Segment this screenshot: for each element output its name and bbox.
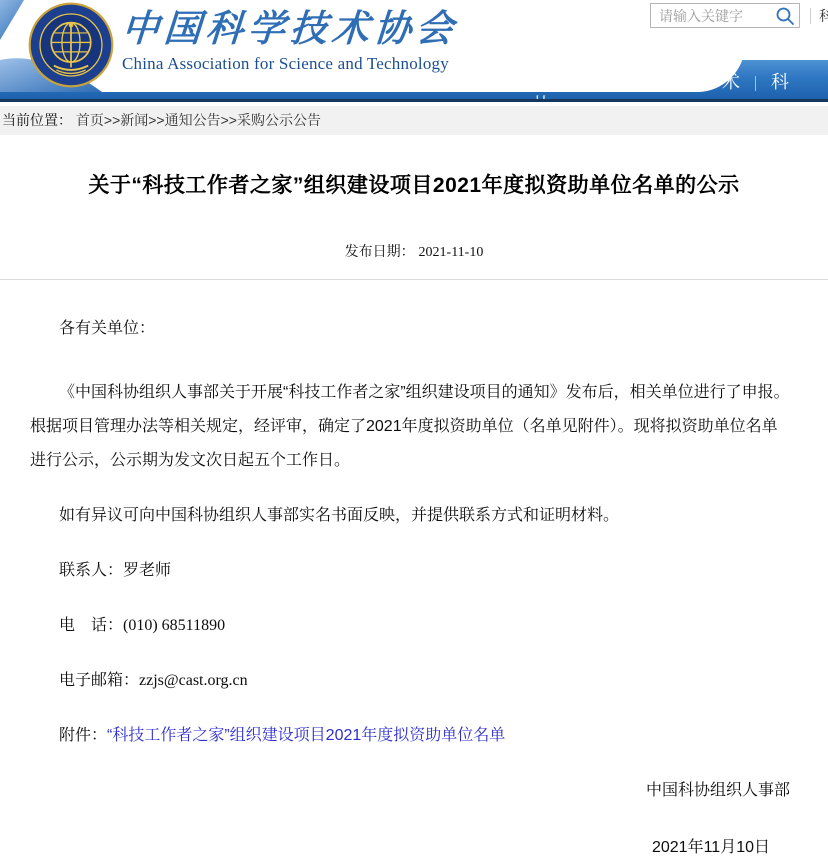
site-title-en: China Association for Science and Techno… [122, 52, 458, 76]
publish-date-label: 发布日期： [345, 243, 415, 259]
breadcrumb: 当前位置： 首页>>新闻>>通知公告>>采购公示公告 [0, 106, 828, 135]
contact-email-row: 电子邮箱：zzjs@cast.org.cn [30, 664, 792, 698]
contact-email-label: 电子邮箱： [59, 672, 139, 689]
topbar-link-partial[interactable]: 科 [819, 6, 828, 26]
search-area: 科 [650, 3, 828, 28]
salutation: 各有关单位： [30, 312, 792, 346]
breadcrumb-path[interactable]: 首页>>新闻>>通知公告>>采购公示公告 [76, 112, 321, 128]
signature-department: 中国科协组织人事部 [0, 774, 828, 808]
contact-email-value: zzjs@cast.org.cn [139, 672, 248, 689]
contact-person-label: 联系人： [59, 562, 123, 579]
search-icon[interactable] [775, 6, 795, 26]
contact-phone-value: (010) 68511890 [123, 617, 225, 634]
contact-phone-label: 电 话： [59, 617, 123, 634]
signature-date: 2021年11月10日 [0, 831, 828, 857]
page-title: 关于“科技工作者之家”组织建设项目2021年度拟资助单位名单的公示 [0, 171, 828, 201]
contact-person-value: 罗老师 [123, 562, 171, 579]
attachment-link[interactable]: “科技工作者之家”组织建设项目2021年度拟资助单位名单 [107, 727, 505, 744]
topbar-separator [810, 8, 811, 24]
signature-block: 中国科协组织人事部 2021年11月10日 [0, 774, 828, 857]
paragraph: 《中国科协组织人事部关于开展“科技工作者之家”组织建设项目的通知》发布后，相关单… [30, 376, 792, 478]
nav-item-sci-partial[interactable]: 科 [771, 60, 789, 94]
nav-separator [755, 76, 756, 91]
cast-emblem-logo[interactable] [28, 2, 114, 88]
contact-phone-row: 电 话：(010) 68511890 [30, 609, 792, 643]
contact-person-row: 联系人：罗老师 [30, 554, 792, 588]
attachment-label: 附件： [59, 727, 107, 744]
site-title-zh: 中国科学技术协会 [120, 6, 459, 52]
article: 关于“科技工作者之家”组织建设项目2021年度拟资助单位名单的公示 发布日期： … [0, 171, 828, 857]
breadcrumb-label: 当前位置： [2, 112, 72, 128]
article-body: 各有关单位： 《中国科协组织人事部关于开展“科技工作者之家”组织建设项目的通知》… [0, 280, 828, 753]
publish-date-value: 2021-11-10 [419, 245, 484, 260]
attachment-row: 附件：“科技工作者之家”组织建设项目2021年度拟资助单位名单 [30, 719, 792, 753]
site-header: 首 页 全景科协 智 库 学 术 科 中国科学技术协会 China [0, 0, 828, 106]
publish-date-row: 发布日期： 2021-11-10 [0, 241, 828, 261]
paragraph: 如有异议可向中国科协组织人事部实名书面反映，并提供联系方式和证明材料。 [30, 499, 792, 533]
site-logo-text[interactable]: 中国科学技术协会 China Association for Science a… [122, 6, 458, 76]
